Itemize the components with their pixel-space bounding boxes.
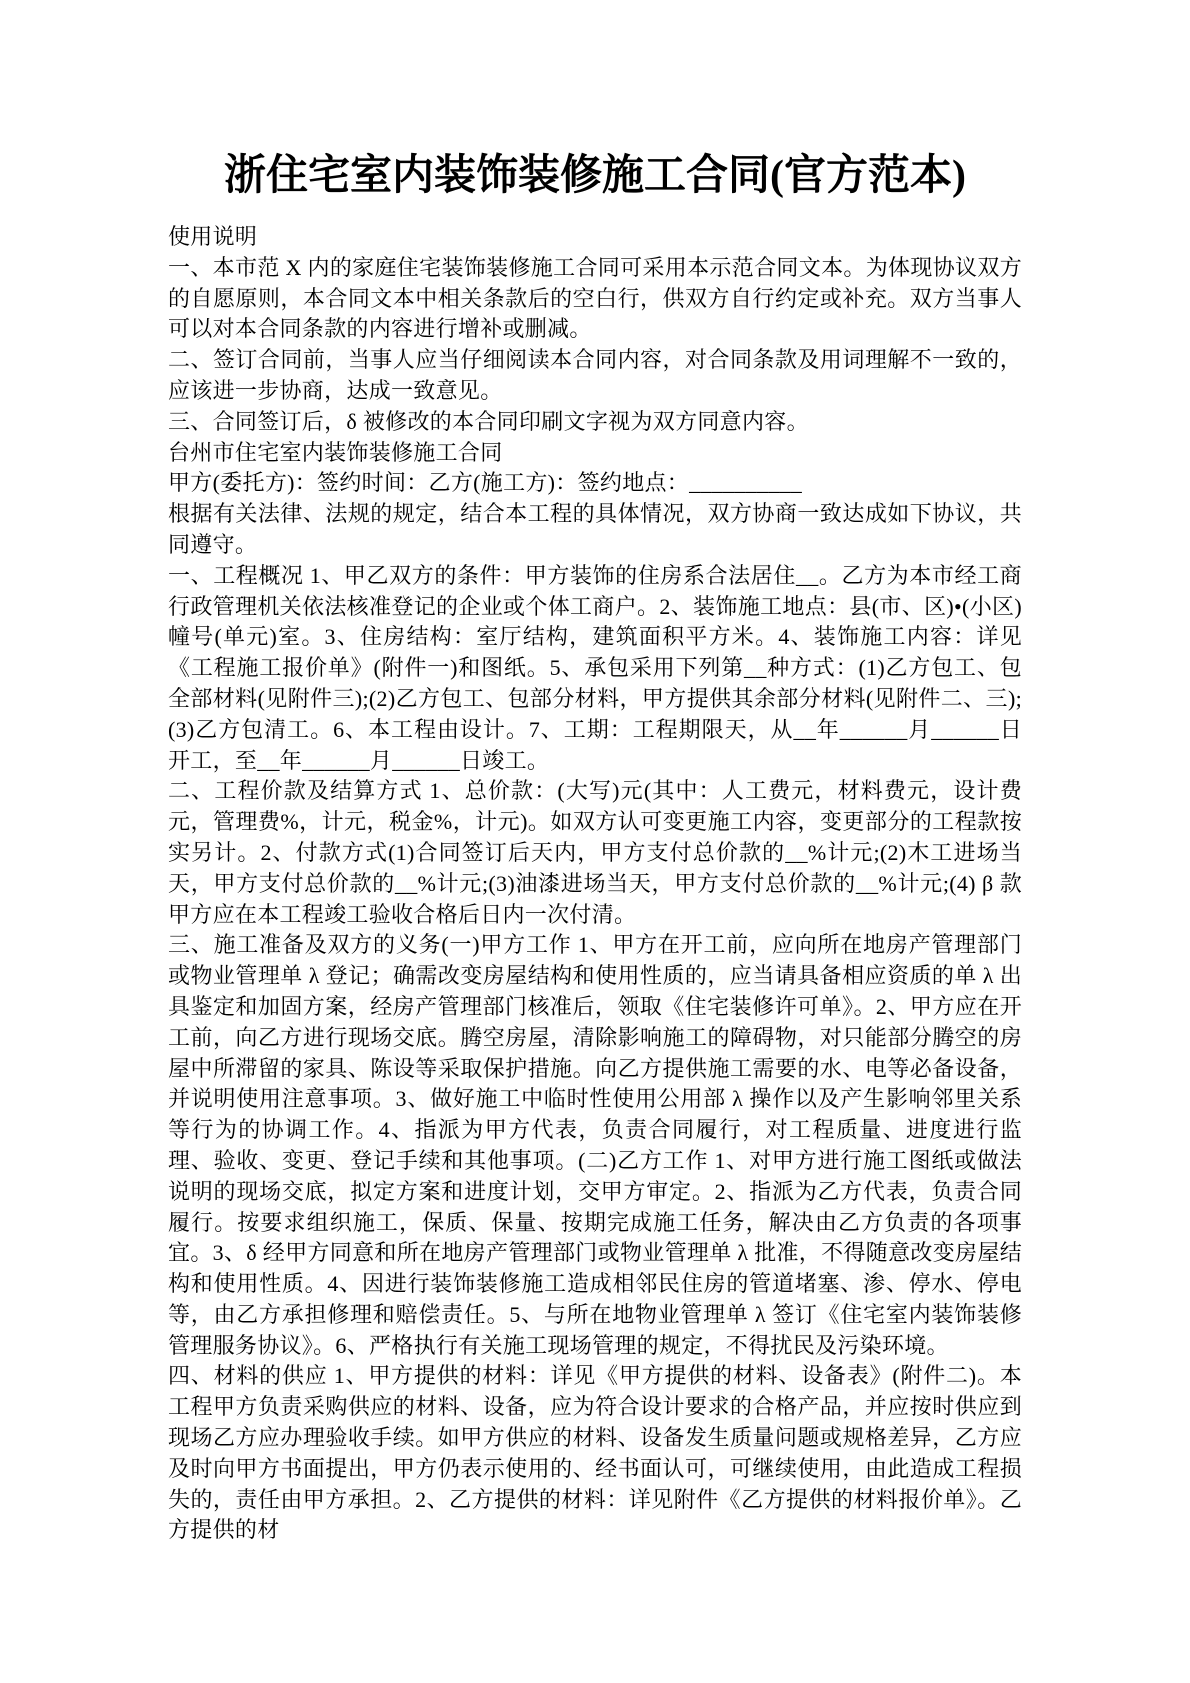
paragraph: 台州市住宅室内装饰装修施工合同 bbox=[168, 438, 1022, 469]
paragraph: 三、合同签订后，δ 被修改的本合同印刷文字视为双方同意内容。 bbox=[168, 407, 1022, 438]
paragraph: 使用说明 bbox=[168, 222, 1022, 253]
paragraph: 一、工程概况 1、甲乙双方的条件：甲方装饰的住房系合法居住__。乙方为本市经工商… bbox=[168, 561, 1022, 777]
document-page: 浙住宅室内装饰装修施工合同(官方范本) 使用说明一、本市范 X 内的家庭住宅装饰… bbox=[0, 0, 1190, 1683]
paragraph: 二、签订合同前，当事人应当仔细阅读本合同内容，对合同条款及用词理解不一致的，应该… bbox=[168, 345, 1022, 407]
paragraph: 三、施工准备及双方的义务(一)甲方工作 1、甲方在开工前，应向所在地房产管理部门… bbox=[168, 930, 1022, 1361]
paragraph: 一、本市范 X 内的家庭住宅装饰装修施工合同可采用本示范合同文本。为体现协议双方… bbox=[168, 253, 1022, 345]
paragraph: 四、材料的供应 1、甲方提供的材料：详见《甲方提供的材料、设备表》(附件二)。本… bbox=[168, 1361, 1022, 1546]
document-body: 使用说明一、本市范 X 内的家庭住宅装饰装修施工合同可采用本示范合同文本。为体现… bbox=[168, 222, 1022, 1546]
paragraph: 甲方(委托方)：签约时间：乙方(施工方)：签约地点：__________ bbox=[168, 468, 1022, 499]
paragraph: 根据有关法律、法规的规定，结合本工程的具体情况，双方协商一致达成如下协议，共同遵… bbox=[168, 499, 1022, 561]
paragraph: 二、工程价款及结算方式 1、总价款：(大写)元(其中：人工费元，材料费元，设计费… bbox=[168, 776, 1022, 930]
document-title: 浙住宅室内装饰装修施工合同(官方范本) bbox=[168, 148, 1022, 204]
